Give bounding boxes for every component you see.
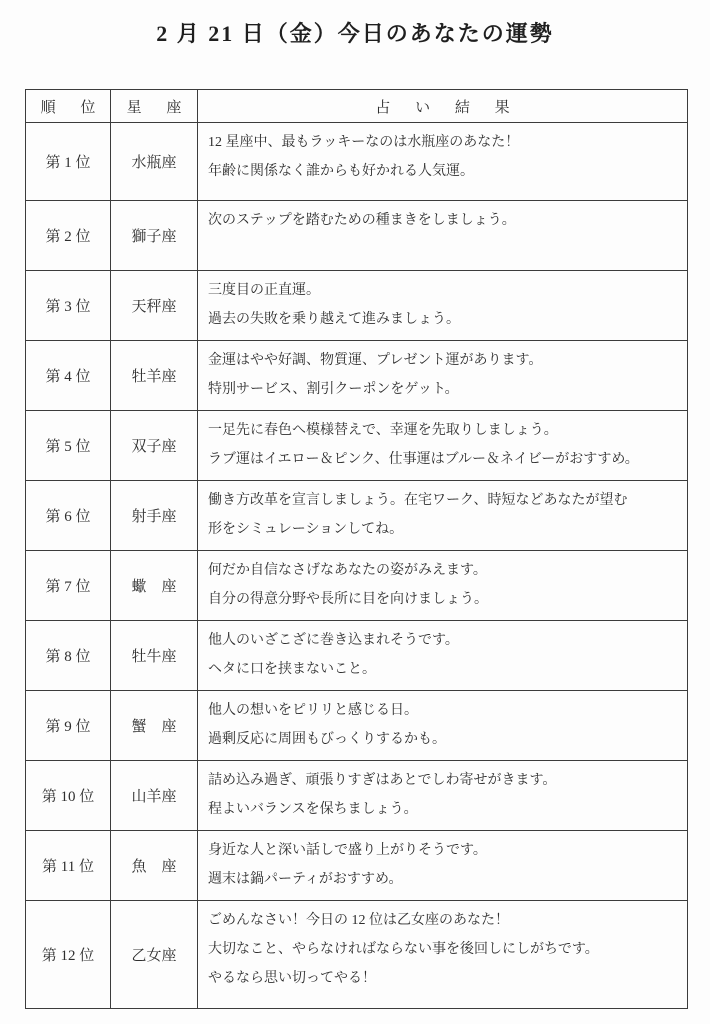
sign-cell: 獅子座	[111, 201, 198, 271]
rank-cell: 第 10 位	[26, 761, 111, 831]
result-line: 三度目の正直運。	[208, 276, 679, 305]
table-row-rank10: 第 10 位 山羊座 詰め込み過ぎ、頑張りすぎはあとでしわ寄せがきます。 程よい…	[26, 761, 688, 831]
result-cell: 他人のいざこざに巻き込まれそうです。 ヘタに口を挟まないこと。	[198, 621, 688, 691]
result-line: 過去の失敗を乗り越えて進みましょう。	[208, 305, 679, 334]
sign-cell: 山羊座	[111, 761, 198, 831]
rank-cell: 第 6 位	[26, 481, 111, 551]
table-row-rank11: 第 11 位 魚 座 身近な人と深い話しで盛り上がりそうです。 週末は鍋パーティ…	[26, 831, 688, 901]
result-cell: 他人の想いをピリリと感じる日。 過剰反応に周囲もびっくりするかも。	[198, 691, 688, 761]
rank-cell: 第 4 位	[26, 341, 111, 411]
result-line: 自分の得意分野や長所に目を向けましょう。	[208, 585, 679, 614]
result-cell: 金運はやや好調、物質運、プレゼント運があります。 特別サービス、割引クーポンをゲ…	[198, 341, 688, 411]
result-cell: ごめんなさい！今日の 12 位は乙女座のあなた！ 大切なこと、やらなければならな…	[198, 901, 688, 1009]
result-line: 次のステップを踏むための種まきをしましょう。	[208, 206, 679, 235]
table-row-rank12: 第 12 位 乙女座 ごめんなさい！今日の 12 位は乙女座のあなた！ 大切なこ…	[26, 901, 688, 1009]
sign-cell: 射手座	[111, 481, 198, 551]
result-cell: 三度目の正直運。 過去の失敗を乗り越えて進みましょう。	[198, 271, 688, 341]
result-cell: 何だか自信なさげなあなたの姿がみえます。 自分の得意分野や長所に目を向けましょう…	[198, 551, 688, 621]
document-page: 2 月 21 日（金）今日のあなたの運勢 順 位 星 座 占 い 結 果 第 1…	[0, 0, 710, 1024]
table-row-rank6: 第 6 位 射手座 働き方改革を宣言しましょう。在宅ワーク、時短などあなたが望む…	[26, 481, 688, 551]
result-cell: 12 星座中、最もラッキーなのは水瓶座のあなた！ 年齢に関係なく誰からも好かれる…	[198, 123, 688, 201]
rank-cell: 第 12 位	[26, 901, 111, 1009]
result-cell: 次のステップを踏むための種まきをしましょう。	[198, 201, 688, 271]
table-row-rank3: 第 3 位 天秤座 三度目の正直運。 過去の失敗を乗り越えて進みましょう。	[26, 271, 688, 341]
table-row-rank1: 第 1 位 水瓶座 12 星座中、最もラッキーなのは水瓶座のあなた！ 年齢に関係…	[26, 123, 688, 201]
rank-cell: 第 3 位	[26, 271, 111, 341]
table-header-row: 順 位 星 座 占 い 結 果	[26, 90, 688, 123]
rank-cell: 第 8 位	[26, 621, 111, 691]
result-line: ヘタに口を挟まないこと。	[208, 655, 679, 684]
result-line: 金運はやや好調、物質運、プレゼント運があります。	[208, 346, 679, 375]
result-cell: 働き方改革を宣言しましょう。在宅ワーク、時短などあなたが望む 形をシミュレーショ…	[198, 481, 688, 551]
result-line: 詰め込み過ぎ、頑張りすぎはあとでしわ寄せがきます。	[208, 766, 679, 795]
header-rank: 順 位	[26, 90, 111, 123]
header-result: 占 い 結 果	[198, 90, 688, 123]
rank-cell: 第 2 位	[26, 201, 111, 271]
result-line: 身近な人と深い話しで盛り上がりそうです。	[208, 836, 679, 865]
rank-cell: 第 7 位	[26, 551, 111, 621]
sign-cell: 天秤座	[111, 271, 198, 341]
result-line: 何だか自信なさげなあなたの姿がみえます。	[208, 556, 679, 585]
rank-cell: 第 9 位	[26, 691, 111, 761]
table-row-rank5: 第 5 位 双子座 一足先に春色へ模様替えで、幸運を先取りしましょう。 ラブ運は…	[26, 411, 688, 481]
table-row-rank8: 第 8 位 牡牛座 他人のいざこざに巻き込まれそうです。 ヘタに口を挟まないこと…	[26, 621, 688, 691]
result-line: 形をシミュレーションしてね。	[208, 515, 679, 544]
sign-cell: 水瓶座	[111, 123, 198, 201]
result-line: やるなら思い切ってやる！	[208, 964, 679, 993]
result-line: 働き方改革を宣言しましょう。在宅ワーク、時短などあなたが望む	[208, 486, 679, 515]
result-line: 年齢に関係なく誰からも好かれる人気運。	[208, 157, 679, 186]
result-line: 特別サービス、割引クーポンをゲット。	[208, 375, 679, 404]
header-sign: 星 座	[111, 90, 198, 123]
page-title: 2 月 21 日（金）今日のあなたの運勢	[0, 0, 710, 48]
table-row-rank4: 第 4 位 牡羊座 金運はやや好調、物質運、プレゼント運があります。 特別サービ…	[26, 341, 688, 411]
result-cell: 一足先に春色へ模様替えで、幸運を先取りしましょう。 ラブ運はイエロー＆ピンク、仕…	[198, 411, 688, 481]
result-line: 12 星座中、最もラッキーなのは水瓶座のあなた！	[208, 128, 679, 157]
sign-cell: 魚 座	[111, 831, 198, 901]
result-line: 大切なこと、やらなければならない事を後回しにしがちです。	[208, 935, 679, 964]
result-line: 程よいバランスを保ちましょう。	[208, 795, 679, 824]
result-line: ごめんなさい！今日の 12 位は乙女座のあなた！	[208, 906, 679, 935]
sign-cell: 蟹 座	[111, 691, 198, 761]
table-row-rank2: 第 2 位 獅子座 次のステップを踏むための種まきをしましょう。	[26, 201, 688, 271]
result-cell: 詰め込み過ぎ、頑張りすぎはあとでしわ寄せがきます。 程よいバランスを保ちましょう…	[198, 761, 688, 831]
result-line: 他人のいざこざに巻き込まれそうです。	[208, 626, 679, 655]
result-line: ラブ運はイエロー＆ピンク、仕事運はブルー＆ネイビーがおすすめ。	[208, 445, 679, 474]
result-line: 他人の想いをピリリと感じる日。	[208, 696, 679, 725]
result-line: 過剰反応に周囲もびっくりするかも。	[208, 725, 679, 754]
fortune-table: 順 位 星 座 占 い 結 果 第 1 位 水瓶座 12 星座中、最もラッキーな…	[25, 89, 688, 1009]
sign-cell: 牡羊座	[111, 341, 198, 411]
rank-cell: 第 11 位	[26, 831, 111, 901]
sign-cell: 双子座	[111, 411, 198, 481]
rank-cell: 第 1 位	[26, 123, 111, 201]
result-cell: 身近な人と深い話しで盛り上がりそうです。 週末は鍋パーティがおすすめ。	[198, 831, 688, 901]
sign-cell: 蠍 座	[111, 551, 198, 621]
sign-cell: 牡牛座	[111, 621, 198, 691]
rank-cell: 第 5 位	[26, 411, 111, 481]
result-line: 一足先に春色へ模様替えで、幸運を先取りしましょう。	[208, 416, 679, 445]
table-row-rank9: 第 9 位 蟹 座 他人の想いをピリリと感じる日。 過剰反応に周囲もびっくりする…	[26, 691, 688, 761]
sign-cell: 乙女座	[111, 901, 198, 1009]
result-line: 週末は鍋パーティがおすすめ。	[208, 865, 679, 894]
table-row-rank7: 第 7 位 蠍 座 何だか自信なさげなあなたの姿がみえます。 自分の得意分野や長…	[26, 551, 688, 621]
